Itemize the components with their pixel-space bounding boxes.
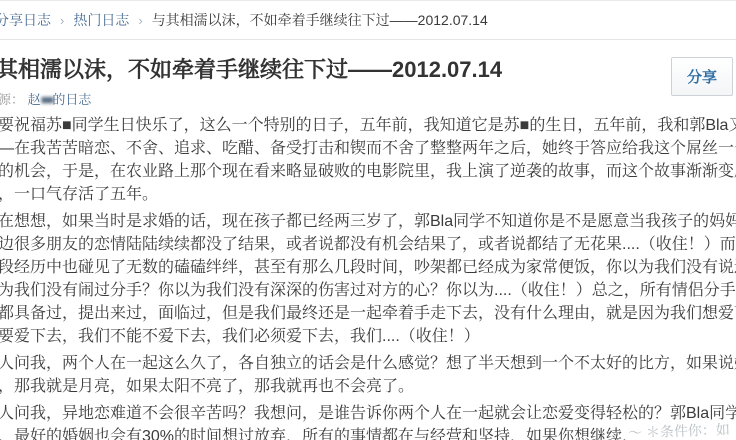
page-title: 与其相濡以沫，不如牵着手继续往下过——2012.07.14 [0,56,736,84]
body-line: 一段经历中也碰见了无数的磕磕绊绊，甚至有那么几段时间，吵架都已经成为家常便饭，你… [0,256,736,279]
blog-page: 分享日志 › 热门日志 › 与其相濡以沫，不如牵着手继续往下过——2012.07… [0,0,736,440]
body-line: 过，最好的婚姻也会有30%的时间想过放弃，所有的事情都在与经营和坚持，如果你想继… [0,425,736,440]
source-row: 来源： 赵■■的日志 [0,91,736,108]
article-paragraph: 有人问我，异地恋难道不会很辛苦吗？我想问，是谁告诉你两个人在一起就会让恋爱变得轻… [0,402,736,440]
body-line: ——在我苦苦暗恋、不舍、追求、吃醋、备受打击和锲而不舍了整整两年之后，她终于答应… [0,137,736,160]
article-paragraph: 有人问我，两个人在一起这么久了，各自独立的话会是什么感觉？想了半天想到一个不太好… [0,352,736,398]
article-body: 又要祝福苏■同学生日快乐了，这么一个特别的日子，五年前，我知道它是苏■的生日，五… [0,114,736,440]
censored-author-name: ■■ [41,92,53,107]
article-paragraph: 又要祝福苏■同学生日快乐了，这么一个特别的日子，五年前，我知道它是苏■的生日，五… [0,114,736,206]
breadcrumb: 分享日志 › 热门日志 › 与其相濡以沫，不如牵着手继续往下过——2012.07… [0,0,736,40]
body-line: 由都具备过，提出来过，面临过，但是我们最终还是一起牵着手走下去，没有什么理由，就… [0,302,736,325]
article-paragraph: 现在想想，如果当时是求婚的话，现在孩子都已经两三岁了，郭Bla同学不知道你是不是… [0,210,736,348]
body-line: 有人问我，异地恋难道不会很辛苦吗？我想问，是谁告诉你两个人在一起就会让恋爱变得轻… [0,402,736,425]
chevron-separator-icon: › [60,13,64,28]
body-line: 单的机会，于是，在农业路上那个现在看来略显破败的电影院里，我上演了逆袭的故事，而… [0,160,736,183]
breadcrumb-current-title: 与其相濡以沫，不如牵着手继续往下过——2012.07.14 [152,10,488,30]
body-line: 有人问我，两个人在一起这么久了，各自独立的话会是什么感觉？想了半天想到一个不太好… [0,352,736,375]
share-button[interactable]: 分享 [671,57,733,96]
author-prefix: 赵 [28,92,41,107]
breadcrumb-link-share-logs[interactable]: 分享日志 [0,10,51,30]
body-line: 以为我们没有闹过分手？你以为我们没有深深的伤害过对方的心？你以为....（收住！… [0,279,736,302]
body-line: 们要爱下去，我们不能不爱下去，我们必须爱下去，我们....（收住！） [0,325,736,348]
breadcrumb-link-hot-logs[interactable]: 热门日志 [73,10,129,30]
body-line: 阳，那我就是月亮，如果太阳不亮了，那我就再也不会亮了。 [0,375,736,398]
author-blog-link[interactable]: 赵■■的日志 [28,92,92,107]
body-line: 实，一口气存活了五年。 [0,183,736,206]
body-line: 现在想想，如果当时是求婚的话，现在孩子都已经两三岁了，郭Bla同学不知道你是不是… [0,210,736,233]
article: 与其相濡以沫，不如牵着手继续往下过——2012.07.14 来源： 赵■■的日志… [0,40,736,440]
author-suffix: 的日志 [52,92,91,107]
chevron-separator-icon: › [138,13,142,28]
source-label: 来源： [0,92,24,107]
body-line: 身边很多朋友的恋情陆陆续续都没了结果，或者说都没有机会结果了，或者说都结了无花果… [0,233,736,256]
body-line: 又要祝福苏■同学生日快乐了，这么一个特别的日子，五年前，我知道它是苏■的生日，五… [0,114,736,137]
